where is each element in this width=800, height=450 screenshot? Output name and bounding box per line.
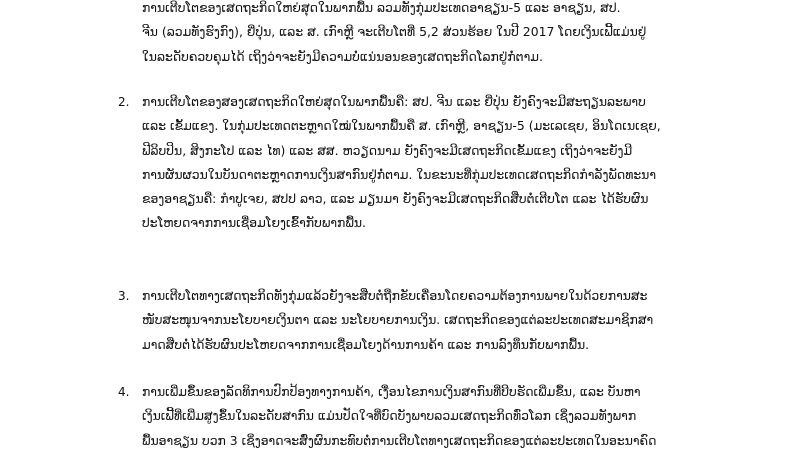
text-line: ຟີລິບປິນ, ສິງກະໂປ ແລະ ໄທ) ແລະ ສສ. ຫວຽດນາ… xyxy=(142,139,682,163)
list-item-text: ການເພີ່ມຂຶ້ນຂອງລັດທິການປົກປ້ອງທາງການຄ້າ,… xyxy=(142,380,682,450)
text-line: ແລະ ເຂັ້ມແຂງ. ໃນກຸ່ມປະເທດຕະຫຼາດໃໝ່ໃນພາກພ… xyxy=(142,114,682,138)
text-line: ຈີນ (ລວມທັງຮົງກົງ), ຍີ່ປຸ່ນ, ແລະ ສ. ເກົາ… xyxy=(142,20,682,44)
list-item-text: ການເຕີບໂຕຂອງເສດຖະກິດໃຫຍ່ສຸດໃນພາກພື້ນ ລວມ… xyxy=(142,0,682,69)
document-page: ການເຕີບໂຕຂອງເສດຖະກິດໃຫຍ່ສຸດໃນພາກພື້ນ ລວມ… xyxy=(0,0,800,450)
text-line: ການເຕີບໂຕຂອງເສດຖະກິດໃຫຍ່ສຸດໃນພາກພື້ນ ລວມ… xyxy=(142,0,682,20)
text-line: ມາດສືບຕໍ່ໄດ້ຮັບຜົນປະໂຫຍດຈາກການເຊື່ອມໂຍງດ… xyxy=(142,333,682,357)
text-line: ໃນລະດັບຄວບຄຸມໄດ້ ເຖິງວ່າຈະຍັງມີຄວາມບໍ່ແນ… xyxy=(142,45,682,69)
list-item-text: ການເຕີບໂຕທາງເສດຖະກິດທັງກຸ່ມແລ້ວຍັງຈະສືບຕ… xyxy=(142,284,682,357)
text-line: ໜັບສະໜຸນຈາກນະໂຍບາຍເງິນຕາ ແລະ ນະໂຍບາຍການເ… xyxy=(142,308,682,332)
text-line: ການເຕີບໂຕຂອງສອງເສດຖະກິດໃຫຍ່ສຸດໃນພາກພື້ນຄ… xyxy=(142,90,682,114)
text-line: ຂອງອາຊຽນຄື: ກຳປູເຈຍ, ສປປ ລາວ, ແລະ ມຽນມາ … xyxy=(142,187,682,211)
text-line: ການຜັນຜວນໃນບັນດາຕະຫຼາດການເງິນສາກົນຢູ່ກໍ່… xyxy=(142,163,682,187)
text-line: ປະໂຫຍດຈາກການເຊື່ອມໂຍງເຂົ້າກັບພາກພື້ນ. xyxy=(142,211,682,235)
text-line: ເງິນເຟີ້ທີ່ເພີ່ມສູງຂຶ້ນໃນລະດັບສາກົນ ແມ່ນ… xyxy=(142,404,682,428)
text-line: ການເພີ່ມຂຶ້ນຂອງລັດທິການປົກປ້ອງທາງການຄ້າ,… xyxy=(142,380,682,404)
list-number: 2. xyxy=(118,90,140,114)
list-item-text: ການເຕີບໂຕຂອງສອງເສດຖະກິດໃຫຍ່ສຸດໃນພາກພື້ນຄ… xyxy=(142,90,682,236)
text-line: ພື້ນອາຊຽນ ບວກ 3 ເຊິ່ງອາດຈະສົ່ງຜົນກະທົບຕໍ… xyxy=(142,429,682,450)
list-number: 3. xyxy=(118,284,140,308)
text-line: ການເຕີບໂຕທາງເສດຖະກິດທັງກຸ່ມແລ້ວຍັງຈະສືບຕ… xyxy=(142,284,682,308)
list-number: 4. xyxy=(118,380,140,404)
